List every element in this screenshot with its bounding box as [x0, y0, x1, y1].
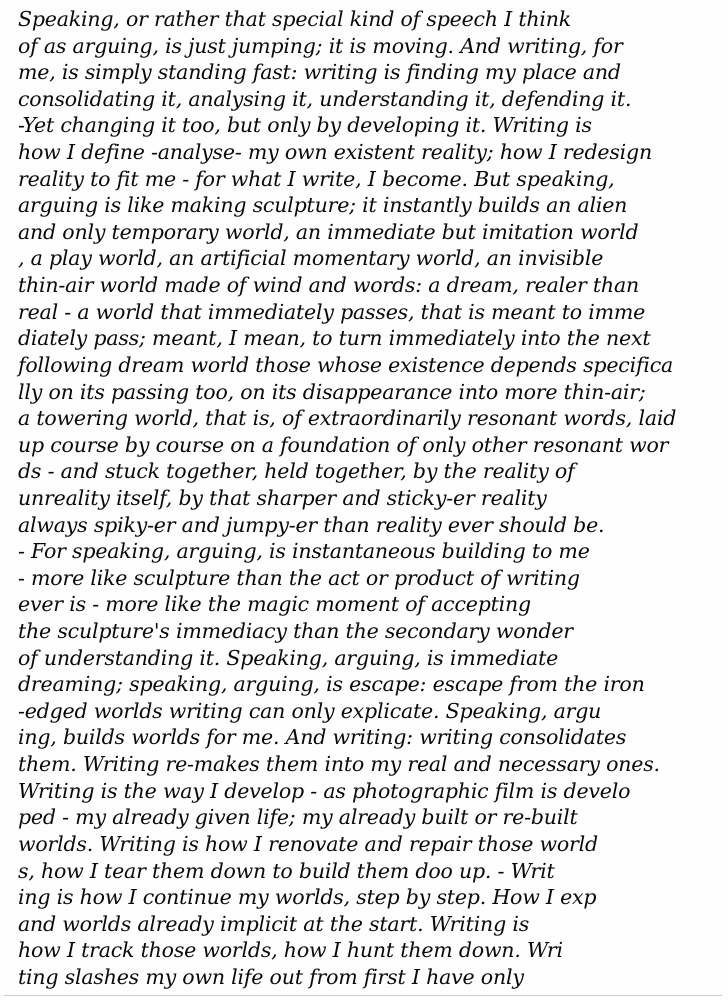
handwritten-text-block: Speaking, or rather that special kind of… [18, 6, 718, 991]
text-line: ing, builds worlds for me. And writing: … [18, 724, 710, 751]
text-line: Speaking, or rather that special kind of… [18, 6, 710, 33]
text-line: Writing is the way I develop - as photog… [18, 778, 710, 805]
text-line: how I define -analyse- my own existent r… [18, 139, 710, 166]
text-line: diately pass; meant, I mean, to turn imm… [18, 325, 710, 352]
text-line: consolidating it, analysing it, understa… [18, 86, 710, 113]
text-line: ever is - more like the magic moment of … [18, 591, 710, 618]
text-line: following dream world those whose existe… [18, 352, 710, 379]
text-line: how I track those worlds, how I hunt the… [18, 937, 710, 964]
text-line: -Yet changing it too, but only by develo… [18, 112, 710, 139]
text-line: worlds. Writing is how I renovate and re… [18, 831, 710, 858]
text-line: ds - and stuck together, held together, … [18, 458, 710, 485]
text-line: , a play world, an artificial momentary … [18, 245, 710, 272]
text-line: the sculpture's immediacy than the secon… [18, 618, 710, 645]
text-line: ped - my already given life; my already … [18, 804, 710, 831]
text-line: of understanding it. Speaking, arguing, … [18, 645, 710, 672]
text-line: always spiky-er and jumpy-er than realit… [18, 512, 710, 539]
text-line: lly on its passing too, on its disappear… [18, 379, 710, 406]
text-line: arguing is like making sculpture; it ins… [18, 192, 710, 219]
text-line: of as arguing, is just jumping; it is mo… [18, 33, 710, 60]
text-line: dreaming; speaking, arguing, is escape: … [18, 671, 710, 698]
scan-edge-divider [4, 995, 722, 996]
text-line: unreality itself, by that sharper and st… [18, 485, 710, 512]
text-line: and only temporary world, an immediate b… [18, 219, 710, 246]
text-line: - For speaking, arguing, is instantaneou… [18, 538, 710, 565]
text-line: -edged worlds writing can only explicate… [18, 698, 710, 725]
text-line: real - a world that immediately passes, … [18, 299, 710, 326]
text-line: up course by course on a foundation of o… [18, 432, 710, 459]
text-line: ing is how I continue my worlds, step by… [18, 884, 710, 911]
text-line: - more like sculpture than the act or pr… [18, 565, 710, 592]
text-line: them. Writing re-makes them into my real… [18, 751, 710, 778]
text-line: thin-air world made of wind and words: a… [18, 272, 710, 299]
manuscript-page: Speaking, or rather that special kind of… [0, 0, 728, 1000]
text-line: ting slashes my own life out from first … [18, 964, 710, 991]
text-line: s, how I tear them down to build them do… [18, 858, 710, 885]
text-line: reality to fit me - for what I write, I … [18, 166, 710, 193]
text-line: me, is simply standing fast: writing is … [18, 59, 710, 86]
text-line: a towering world, that is, of extraordin… [18, 405, 710, 432]
text-line: and worlds already implicit at the start… [18, 911, 710, 938]
